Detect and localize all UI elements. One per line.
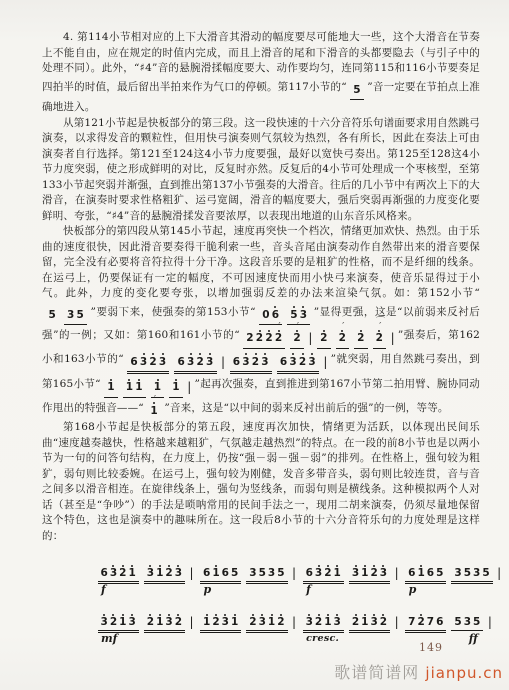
jianpu-note: 3 — [379, 568, 388, 579]
jianpu-note: 1 — [125, 382, 135, 393]
paragraph: 从第121小节起是快板部分的第三段。这一段快速的十六分音符乐句谱面要求用自然跳弓… — [42, 116, 480, 225]
jianpu-note: 3 — [307, 357, 317, 368]
jianpu-note: 3 — [299, 310, 309, 321]
jianpu-note: 5 — [481, 568, 490, 579]
jianpu-note: 1 — [202, 617, 211, 628]
jianpu-note: 6 — [129, 357, 139, 368]
dynamic-marking: mf — [95, 633, 196, 646]
jianpu-note: 5 — [453, 617, 462, 628]
accent-mark: ˊ — [341, 323, 345, 330]
jianpu-note: 1 — [118, 617, 127, 628]
jianpu-note: 2 — [416, 617, 425, 628]
jianpu-note: 3 — [463, 617, 472, 628]
jianpu-note: 3 — [288, 357, 298, 368]
jianpu-note: 1 — [323, 617, 332, 628]
paragraph: 快板部分的第四段从第145小节起，速度再突快一个档次，情绪更加欢快、热烈。由于乐… — [42, 224, 480, 420]
note-group: 2312 — [246, 604, 287, 633]
dynamic-marking: p — [403, 584, 504, 597]
note-group: 535 — [451, 604, 483, 631]
barline: | — [190, 566, 194, 580]
measure: 61653535|p — [198, 555, 299, 597]
page-number: 149 — [419, 641, 443, 654]
jianpu-note: 1 — [416, 568, 425, 579]
measure: 63213123|f — [300, 555, 401, 597]
jianpu-note: 3 — [186, 357, 196, 368]
jianpu-note: 2 — [248, 617, 257, 628]
jianpu-note: 6 — [100, 568, 109, 579]
body-text: 4. 第114小节相对应的上下大滑音其滑动的幅度要尽可能地大一些，这个大滑音在节… — [42, 30, 480, 544]
watermark-site-name: 歌谱简谱网 — [334, 663, 419, 682]
jianpu-note: 6 — [202, 568, 211, 579]
jianpu-note: 3 — [127, 617, 136, 628]
jianpu-note: 2 — [146, 617, 155, 628]
jianpu-note: 6 — [232, 357, 242, 368]
notation-line: 32132132|mf12312312|32132132|cresc.72765… — [95, 604, 480, 646]
jianpu-note: 5 — [76, 310, 86, 321]
jianpu-note: 3 — [139, 357, 149, 368]
note-group: 3535 — [246, 555, 287, 584]
jianpu-note: 3 — [248, 568, 257, 579]
jianpu-note: 3 — [258, 617, 267, 628]
jianpu-note: 3 — [241, 357, 251, 368]
note-group: 6321 — [98, 555, 139, 584]
measure-notes: 61653535| — [198, 555, 299, 584]
accent-mark: ˊ — [277, 323, 281, 330]
note-group: 11 — [123, 374, 146, 398]
inline-notation: 5 — [348, 77, 367, 101]
note-group: 1 — [104, 374, 118, 398]
jianpu-note: 3 — [369, 617, 378, 628]
jianpu-note: 2ˊ — [274, 333, 284, 344]
jianpu-note: 2 — [195, 357, 205, 368]
jianpu-note: 2 — [109, 617, 118, 628]
jianpu-note: 2 — [356, 333, 366, 344]
jianpu-note: 3 — [314, 568, 323, 579]
jianpu-note: 1 — [134, 382, 144, 393]
note-group: 6321 — [303, 555, 344, 584]
jianpu-note: 2 — [276, 617, 285, 628]
inline-notation: 63236323|63236323| — [125, 349, 330, 375]
jianpu-note: 1 — [155, 617, 164, 628]
dynamic-marking: cresc. — [300, 633, 401, 646]
jianpu-note: 1 — [267, 617, 276, 628]
barline: | — [488, 615, 492, 629]
jianpu-note: 5 — [352, 85, 362, 96]
note-group: 3123 — [349, 555, 390, 584]
jianpu-note: 2ˊ — [375, 333, 385, 344]
jianpu-note: 2 — [174, 617, 183, 628]
note-group: 3535 — [451, 555, 492, 584]
measure-notes: 12312312| — [198, 604, 299, 633]
note-group: 3123 — [144, 555, 185, 584]
jianpu-note: 6 — [221, 568, 230, 579]
jianpu-note: 1 — [360, 617, 369, 628]
accent-mark: ˊ — [296, 323, 300, 330]
paragraph: 第168小节起是快板部分的第五段，速度再次加快，情绪更为活跃，以体现出民间乐曲“… — [42, 420, 480, 544]
jianpu-note: 3 — [305, 617, 314, 628]
jianpu-note: 2 — [298, 357, 308, 368]
note-group: 35 — [64, 302, 87, 326]
book-page: 4. 第114小节相对应的上下大滑音其滑动的幅度要尽可能地大一些，这个大滑音在节… — [0, 0, 509, 690]
jianpu-note: 1 — [155, 568, 164, 579]
note-group: 6323 — [230, 349, 272, 375]
barline: | — [221, 355, 225, 371]
jianpu-note: 2 — [264, 333, 274, 344]
note-group: 2132 — [349, 604, 390, 633]
barline: | — [395, 615, 399, 629]
notation-line: 63213123|f61653535|p63213123|f61653535|p — [95, 555, 480, 597]
measure-notes: 63213123| — [95, 555, 196, 584]
barline: | — [308, 331, 312, 347]
note-group: 6323 — [127, 349, 169, 375]
dynamic-marking: ff — [403, 633, 494, 646]
barline: | — [395, 566, 399, 580]
barline: | — [187, 380, 191, 396]
note-group: 2 — [317, 325, 331, 349]
dynamic-marking: p — [198, 584, 299, 597]
measure-notes: 61653535| — [403, 555, 504, 584]
jianpu-note: 5 — [276, 568, 285, 579]
jianpu-note: 3 — [267, 568, 276, 579]
watermark-site-url: jianpu.cn — [425, 664, 503, 682]
jianpu-note: 3 — [453, 568, 462, 579]
dynamic-marking — [198, 633, 299, 646]
jianpu-note: 2 — [211, 617, 220, 628]
paragraph: 4. 第114小节相对应的上下大滑音其滑动的幅度要尽可能地大一些，这个大滑音在节… — [42, 30, 480, 116]
watermark: 歌谱简谱网 jianpu.cn — [334, 660, 503, 683]
jianpu-note: 7 — [426, 617, 435, 628]
jianpu-note: 2 — [351, 617, 360, 628]
measure: 61653535|p — [403, 555, 504, 597]
measure: 32132132|mf — [95, 604, 196, 646]
jianpu-note: 3 — [174, 568, 183, 579]
jianpu-note: 2 — [245, 333, 255, 344]
jianpu-note: 1 — [230, 617, 239, 628]
barline: | — [292, 615, 296, 629]
note-group: 2132 — [144, 604, 185, 633]
note-group: 5 — [350, 77, 364, 101]
jianpu-note: 5 — [435, 568, 444, 579]
measure-notes: 63213123| — [300, 555, 401, 584]
jianpu-note: 3 — [221, 617, 230, 628]
note-group: 1ˊ — [147, 398, 161, 421]
jianpu-note: 0 — [261, 310, 271, 321]
note-group: 6165 — [200, 555, 241, 584]
jianpu-note: 1 — [171, 382, 181, 393]
jianpu-note: 6 — [176, 357, 186, 368]
note-group: 2ˊ — [373, 325, 387, 349]
note-group: 2222ˊ — [243, 325, 285, 349]
note-group: 2ˊ — [336, 325, 350, 349]
jianpu-note: 3 — [100, 617, 109, 628]
jianpu-note: 5 — [289, 310, 299, 321]
accent-mark: ˊ — [153, 396, 157, 403]
jianpu-note: 5 — [48, 310, 58, 321]
jianpu-note: 1ˊ — [149, 406, 159, 417]
jianpu-note: 2 — [118, 568, 127, 579]
jianpu-note: 2 — [148, 357, 158, 368]
jianpu-note: 6 — [271, 310, 281, 321]
dynamic-marking: f — [95, 584, 196, 597]
inline-notation: 0653 — [257, 302, 313, 326]
note-group: 3213 — [303, 604, 344, 633]
note-group: 6165 — [405, 555, 446, 584]
jianpu-note: 2 — [255, 333, 265, 344]
dynamic-marking: f — [300, 584, 401, 597]
jianpu-note: 1 — [211, 568, 220, 579]
jianpu-note: 2ˊ — [338, 333, 348, 344]
jianpu-note: 2 — [314, 617, 323, 628]
inline-notation: 11111| — [102, 374, 194, 398]
jianpu-note: 3 — [260, 357, 270, 368]
note-group: 5 — [46, 302, 60, 325]
jianpu-note: 2ˊ — [292, 333, 302, 344]
note-group: 7276 — [405, 604, 446, 633]
jianpu-note: 1 — [333, 568, 342, 579]
barline: | — [190, 615, 194, 629]
barline: | — [323, 355, 327, 371]
jianpu-note: 1 — [360, 568, 369, 579]
note-group: 6323 — [174, 349, 216, 375]
jianpu-note: 6 — [407, 568, 416, 579]
note-group: 1231 — [200, 604, 241, 633]
jianpu-note: 2 — [379, 617, 388, 628]
measure: 7276535|ff — [403, 604, 494, 646]
accent-mark: ˊ — [378, 323, 382, 330]
jianpu-note: 2 — [164, 568, 173, 579]
jianpu-note: 3 — [146, 568, 155, 579]
note-group: 3213 — [98, 604, 139, 633]
jianpu-note: 1 — [106, 382, 116, 393]
inline-notation: 535 — [43, 302, 90, 326]
jianpu-note: 1 — [127, 568, 136, 579]
jianpu-note: 2 — [319, 333, 329, 344]
jianpu-note: 5 — [472, 617, 481, 628]
jianpu-note: 5 — [230, 568, 239, 579]
note-group: 2ˊ — [290, 325, 304, 349]
jianpu-note: 1 — [153, 382, 163, 393]
inline-notation: 1ˊ — [145, 398, 164, 421]
jianpu-note: 2 — [251, 357, 261, 368]
jianpu-note: 3 — [66, 310, 76, 321]
measure: 32132132|cresc. — [300, 604, 401, 646]
jianpu-note: 6 — [305, 568, 314, 579]
barline: | — [292, 566, 296, 580]
note-group: 6323 — [277, 349, 319, 375]
jianpu-note: 6 — [426, 568, 435, 579]
notation-block: 63213123|f61653535|p63213123|f61653535|p… — [42, 555, 480, 653]
barline: | — [391, 331, 395, 347]
jianpu-note: 3 — [205, 357, 215, 368]
measure-notes: 32132132| — [300, 604, 401, 633]
measure: 12312312| — [198, 604, 299, 646]
jianpu-note: 5 — [463, 568, 472, 579]
jianpu-note: 7 — [407, 617, 416, 628]
jianpu-note: 6 — [435, 617, 444, 628]
jianpu-note: 2 — [323, 568, 332, 579]
inline-notation: 2222ˊ2ˊ|22ˊ22ˊ| — [241, 325, 397, 349]
jianpu-note: 3 — [164, 617, 173, 628]
jianpu-note: 3 — [472, 568, 481, 579]
jianpu-note: 5 — [258, 568, 267, 579]
jianpu-note: 2 — [369, 568, 378, 579]
jianpu-note: 3 — [351, 568, 360, 579]
measure-notes: 7276535| — [403, 604, 494, 633]
note-group: 2 — [354, 325, 368, 349]
jianpu-note: 3 — [158, 357, 168, 368]
barline: | — [497, 566, 501, 580]
measure-notes: 32132132| — [95, 604, 196, 633]
note-group: 1 — [169, 374, 183, 398]
jianpu-note: 3 — [109, 568, 118, 579]
measure: 63213123|f — [95, 555, 196, 597]
jianpu-note: 3 — [333, 617, 342, 628]
jianpu-note: 6 — [279, 357, 289, 368]
